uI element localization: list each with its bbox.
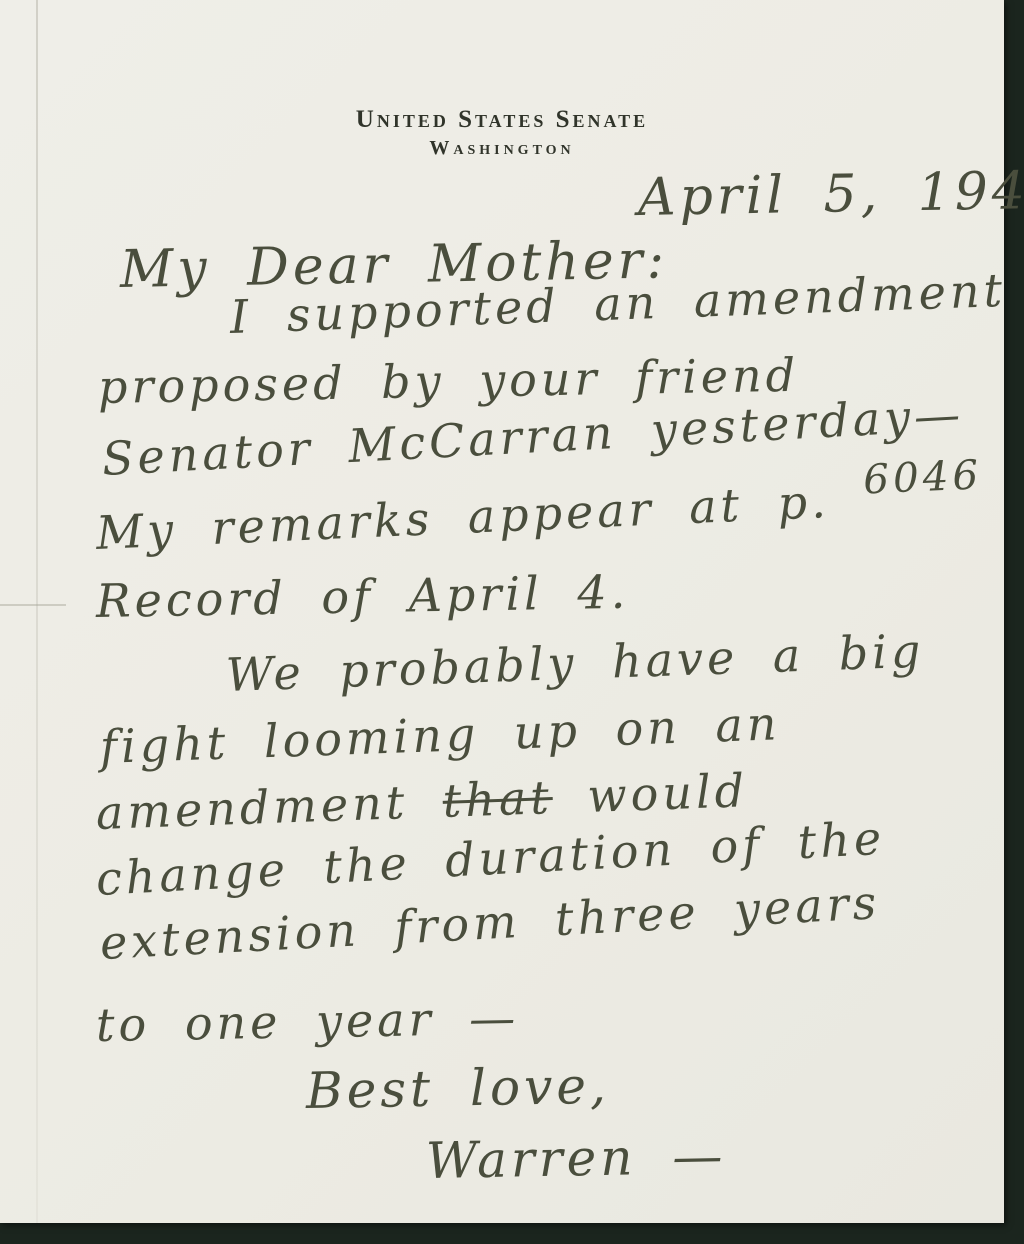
body-line: Record of April 4. (96, 565, 630, 628)
fold-crease-vertical (36, 0, 38, 1223)
letter-signature: Warren — (425, 1127, 726, 1190)
letterhead-city: Washington (0, 137, 1004, 160)
struck-out-word: that (442, 770, 554, 828)
letterhead-organization: United States Senate (0, 106, 1004, 134)
letter-closing: Best love, (305, 1057, 610, 1120)
letterhead: United States Senate Washington (0, 106, 1004, 160)
letter-scan: United States Senate Washington April 5,… (0, 0, 1024, 1244)
body-line-text: would (552, 763, 749, 824)
body-line-text: amendment (95, 774, 444, 840)
body-line: fight looming up on an (99, 696, 781, 774)
body-line-text: My remarks appear at p. (95, 472, 865, 559)
page-number-superscript: 6046 (862, 450, 983, 503)
body-line: to one year — (96, 991, 520, 1052)
body-line: My remarks appear at p. 6046 (95, 467, 984, 560)
body-line: We probably have a big (225, 624, 925, 702)
fold-crease-horizontal (0, 604, 66, 606)
letter-paper: United States Senate Washington April 5,… (0, 0, 1004, 1223)
letter-date: April 5, 1940. (637, 160, 1024, 228)
